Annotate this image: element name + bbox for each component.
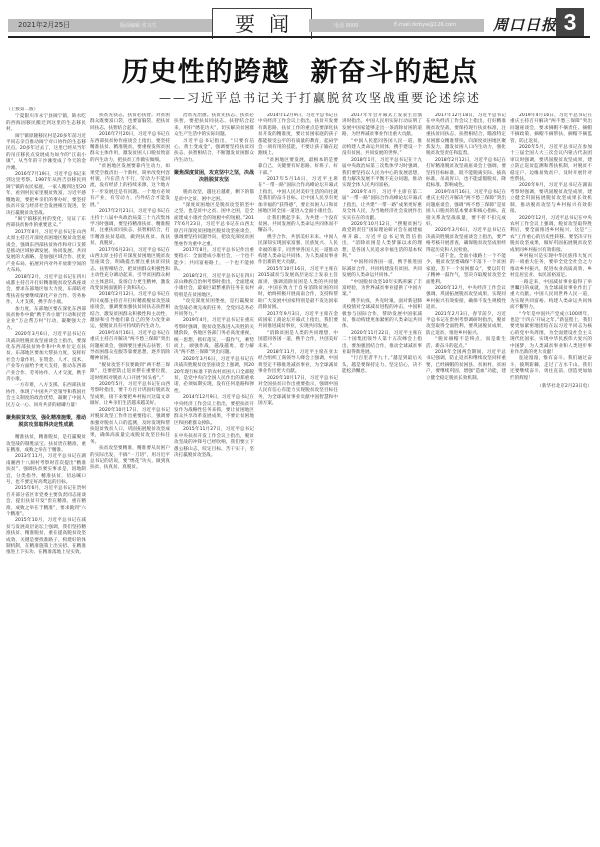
column-6: 2017年12月18日，习近平总书记在中央经济工作会议上指出，打好精准脱贫攻坚战… [426,113,506,847]
body-paragraph: 2020年10月17日，习近平总书记对脱贫攻坚工作作出重要指示，强调要加强对脱贫… [90,408,170,446]
body-paragraph: 乡村振兴是实现中华民族伟大复兴的一项重大任务，要举全党全社会之力推动乡村振兴，促… [510,254,592,280]
body-paragraph: （上接第二版） [6,107,86,113]
body-paragraph: 2015年11月27日，习近平总书记在中央扶贫开发工作会议上指出，脱贫攻坚战的冲… [174,427,254,459]
body-paragraph: 2014年12月9日，习近平总书记在中央经济工作会议上指出，扶贫开发要有新思路，… [258,113,338,158]
body-paragraph: 扶贫先扶志，扶贫必扶智。对贫困群众既要富口袋，也要富脑袋，把扶贫同扶志、扶智结合… [90,113,170,132]
body-paragraph: 2017年2月21日，习近平总书记在主持十八届中央政治局第三十九次集体学习时强调… [90,209,170,247]
column-3: 治贫先治愚。扶贫先扶志、扶贫必扶智，要把扶贫同扶志、扶智结合起来，用好“绣花功夫… [174,113,254,847]
body-paragraph: 一方有难，八方支援。东西部扶贫协作，体现了中国共产党领导和我国社会主义制度的政治… [6,383,86,409]
body-paragraph: 2018年2月，习近平总书记在四川成都主持召开打好精准脱贫攻坚战座谈会，要求东部… [6,275,86,307]
body-paragraph: 2013年11月，习近平总书记在湖南湘西十八洞村考察时首次提出“精准扶贫”，强调… [6,454,86,486]
body-paragraph: 扶贫攻坚要精准，精准要从贫困户的实际出发，不搞“一刀切”，用习近平总书记的话说，… [90,446,170,472]
contact-phone: 电话 0000 [334,22,358,29]
body-paragraph: 2017年8月，习近平总书记在山西太原主持召开深度贫困地区脱贫攻坚座谈会，强调东… [6,230,86,275]
body-paragraph: 加力度，东部地区要在深化东西部扶贫协作中做“携手奔小康”行动和民营企业“万企帮万… [6,307,86,333]
section-subheading: 聚焦脱贫攻坚，强化精准施策，推动脱贫攻坚取得决定性成就 [6,415,86,429]
body-paragraph: 宁夏银川市永宁县闽宁镇，缺水吃的西海固移民搬迁到这里的生态移民村。 [6,114,86,133]
body-paragraph: 2020年5月，习近平总书记在参加十三届全国人大三次会议内蒙古代表团审议时强调，… [510,145,592,183]
body-paragraph: “消除贫困是人类的共同理想，中国愿同各国一道，携手合作，共创美好未来。” [258,331,338,350]
body-paragraph: 2021年2月3日，春节前夕，习近平总书记在贵州考察调研时指出，脱贫攻坚取得全面… [426,312,506,338]
article-headline: 历史性的跨越 新奋斗的起点 [0,50,600,89]
body-paragraph: 携手抗疫，共克时艰。面对新冠肺炎疫情对全球减贫进程的冲击，中国积极参与国际合作，… [342,299,422,331]
body-paragraph: 2018年11月，习近平主席在亚太经合组织工商领导人峰会上强调，中国将坚定不移推… [258,350,338,376]
body-paragraph: 让我们携起手来，为共建一个没有贫困、共同发展的人类命运共同体而不懈奋斗。 [258,216,338,235]
body-paragraph: 2018年1月，习近平总书记在十九届中央政治局第三次集体学习时强调，我们要坚持以… [342,158,422,190]
body-paragraph: 征途漫漫，惟有奋斗。我们通过奋斗，披荆斩棘，走过了万水千山。我们还要继续奋斗，勇… [510,356,592,382]
column-7: 2019年4月16日，习近平总书记在重庆主持召开解决“两不愁三保障”突出问题座谈… [510,113,592,847]
body-paragraph: “贫困地区要发展，最根本的是要靠自己，关键要有好思路、好班子、好干部。” [258,158,338,177]
body-paragraph: 2016年7月19日，习近平总书记来到这里考察。1997年从西吉县移民到闽宁镇的… [6,172,86,217]
body-paragraph: 2017年5月14日，习近平主席在“一带一路”国际合作高峰论坛开幕式上指出，中国… [258,177,338,215]
body-paragraph: “脱贫摘帽不是终点，而是新生活、新奋斗的起点。” [426,337,506,350]
body-paragraph: 习近平总书记指出，“只要有信心，黄土变成金”，强调要坚持扶贫同扶志、扶智相结合，… [174,139,254,165]
section-subheading: 聚焦深度贫困，攻克坚中之坚，决战决胜脱贫攻坚 [174,170,254,184]
body-paragraph: 2015年10月，习近平总书记在减贫与发展高层论坛上强调，我们坚持精准扶贫、精准… [6,518,86,556]
body-paragraph: 携手合作，共创美好未来。中国人民深知实现国家富强、民族复兴、人民幸福的艰辛，同世… [258,235,338,267]
body-paragraph: 治贫先治愚。扶贫先扶志、扶贫必扶智，要把扶贫同扶志、扶智结合起来，用好“绣花功夫… [174,113,254,139]
body-paragraph: 2018年2月，习近平总书记在四川凉山彝族自治州考察时指出，全面建成小康社会，最… [174,274,254,300]
body-paragraph: 2019年4月，习近平主席在第二届“一带一路”国际合作高峰论坛开幕式上指出，让共… [342,190,422,222]
body-paragraph: “深度贫困地区是脱贫攻坚的坚中之坚，也是贫中之贫、困中之困，是全面建成小康社会的… [174,203,254,248]
body-paragraph: 脱贫攻坚，越往后越难，剩下的都是贫中之贫、困中之困。 [174,190,254,203]
masthead-rule [8,36,590,38]
body-paragraph: “脱贫攻坚不仅要做到“两不愁三保障”，还要把防止返贫摆在重要位置，适时组织对脱贫… [90,363,170,382]
body-paragraph: “攻克深度贫困堡垒，是打赢脱贫攻坚战必须完成的任务，全党同志务必共同努力。” [174,299,254,318]
masthead-left-bar: 2021年2月25日 版面编辑 实习生 [8,19,213,32]
body-paragraph: 2015年10月16日，习近平主席在2015减贫与发展高层论坛上发表主旨演讲，强… [258,267,338,312]
body-paragraph: “中国人民愿同各国人民一道，推动构建人类命运共同体，携手建设一个没有贫困、共同发… [342,139,422,158]
body-paragraph: 2017年9月3日，习近平主席在金砖国家工商论坛开幕式上指出，我们要共同推进减贫… [258,312,338,331]
newspaper-logo: 周口日报 [493,14,557,35]
body-paragraph: 2017年12月18日，习近平总书记在中央经济工作会议上指出，打好精准脱贫攻坚战… [426,113,506,158]
contact-email: E-mail:zkrbyw@126.com [394,22,456,28]
body-paragraph: “行百里者半九十。”越是到最后关头，越是要保持定力、坚定信心，决不能松劲懈怠。 [342,356,422,375]
body-paragraph: 一路走来，中国减贫事业取得了举世瞩目的成就，为全球减贫事业作出了重大贡献。中国人… [510,280,592,312]
body-paragraph: 2020年3月6日，习近平总书记在决战决胜脱贫攻坚座谈会上强调，到2020年现行… [174,357,254,395]
body-paragraph: 2019年4月，习近平总书记在重庆考察时强调，脱贫攻坚战进入决胜的关键阶段，各地… [174,318,254,356]
body-paragraph: 闽宁镇原隆移民村是20多年前习近平同志亲自推动闽宁对口协作的生态移民点。20多年… [6,134,86,172]
body-paragraph: “中国将同各国一道，携手推进国际减贫合作，共同构建没有贫困、共同发展的人类命运共… [342,260,422,279]
body-paragraph: 2020年5月，习近平总书记在山西考察时指出，要千方百计巩固好脱贫攻坚成果，接下… [90,382,170,408]
body-paragraph: 2019年4月16日，习近平总书记在重庆主持召开解决“两不愁三保障”突出问题座谈… [510,113,592,145]
column-4: 2014年12月9日，习近平总书记在中央经济工作会议上指出，扶贫开发要有新思路，… [258,113,338,847]
body-paragraph: 2019年全国两会期间，习近平总书记强调，防止返贫和继续攻坚同样重要，已经摘帽的… [426,350,506,382]
dateline-signoff: （新华社北京2月23日电） [510,384,592,390]
article-subtitle: ——习近平总书记关于打赢脱贫攻坚战重要论述综述 [120,89,520,106]
body-paragraph: 2019年4月16日，习近平总书记在重庆主持召开解决“两不愁三保障”突出问题座谈… [426,190,506,228]
body-paragraph: 2015年6月，习近平总书记在贵州召开部分省区市党委主要负责同志座谈会，提出扶贫… [6,486,86,518]
column-2: 扶贫先扶志，扶贫必扶智。对贫困群众既要富口袋，也要富脑袋，把扶贫同扶志、扶智结合… [90,113,170,847]
body-paragraph: 2020年12月，习近平总书记在中央农村工作会议上强调，脱贫攻坚取得胜利后，要全… [510,216,592,254]
page-number: 3 [556,8,584,36]
body-paragraph: 2019年4月16日，习近平总书记在重庆主持召开解决“两不愁三保障”突出问题座谈… [90,331,170,363]
body-paragraph: 2020年9月，习近平总书记在湖南考察时强调，要巩固脱贫攻坚成果，建立健全巩固拓… [510,183,592,215]
body-paragraph: “中国脱贫攻坚10年实践积累了丰富经验，为世界减贫事业提供了中国方案。” [342,280,422,299]
body-paragraph: 2017年年会开幕式上发表主旨演讲时指出，中国人民用实际行动证明了发展中国家能够… [342,113,422,139]
body-paragraph: “闽宁镇移民村的变化，见证了东西部扶贫协作的重要意义。” [6,217,86,230]
body-paragraph: 2020年12月，中央经济工作会议强调，巩固拓展脱贫攻坚成果，实现同乡村振兴有效… [426,286,506,312]
body-paragraph: 2014年12月9日，习近平总书记在中央经济工作会议上指出，要把扶贫开发作为战略… [174,395,254,427]
body-paragraph: 2018年2月12日，习近平总书记在打好精准脱贫攻坚战座谈会上强调，要坚持目标标… [426,158,506,190]
section-label-box: 要闻 [212,8,312,39]
body-paragraph: 2017年8月，习近平总书记作出重要指示：全面建成小康社会，一个也不能少；共同富… [174,248,254,274]
body-paragraph: 2018年2月12日，习近平总书记在四川成都主持召开打好精准脱贫攻坚战座谈会，强… [90,292,170,330]
body-paragraph: 一诺千金。全面小康路上一个不能少，脱贫攻坚要确保“不落下一个贫困家庭，丢下一个贫… [426,254,506,286]
body-paragraph: 2020年3月6日，习近平总书记在决战决胜脱贫攻坚座谈会上指出，要深化东西部扶贫… [6,332,86,383]
body-paragraph: “贫困地区发展要靠内生动力，如果凭空救济出一个新村，简单改变村容村貌，内在活力不… [90,164,170,209]
editor-credit: 版面编辑 实习生 [120,22,157,29]
masthead-right-bar: 电话 0000 E-mail:zkrbyw@126.com [309,19,484,32]
body-paragraph: 2016年7月20日，习近平总书记在东西部扶贫协作座谈会上指出，要坚持精准扶贫、… [90,132,170,164]
body-paragraph: 精准扶贫，精准脱贫，是打赢脱贫攻坚战的制胜法宝。扶贫贵在精准，重在精准，成败之举… [6,435,86,454]
body-paragraph: 2020年11月22日，习近平主席在二十国集团领导人第十五次峰会上指出，要加强团… [342,331,422,357]
issue-date: 2021年2月25日 [18,20,70,30]
body-paragraph: “今年是中国共产党成立100周年，也是‘十四五’开局之年。”新征程上，我们要更加… [510,312,592,357]
body-paragraph: 2017年6月23日，习近平总书记在山西太原主持召开深度贫困地区脱贫攻坚座谈会，… [90,248,170,293]
body-paragraph: 2020年3月6日，习近平总书记在决战决胜脱贫攻坚座谈会上指出，要严格考核开展普… [426,228,506,254]
body-paragraph: 2020年10月17日，习近平总书记对全国扶贫日作出重要指示，强调中国人民有信心… [258,376,338,408]
column-5: 2017年年会开幕式上发表主旨演讲时指出，中国人民用实际行动证明了发展中国家能够… [342,113,422,847]
body-paragraph: 2020年10月12日，“摆脱贫困与政党的责任”国际理论研讨会在福建福州开幕。习… [342,222,422,260]
masthead: 2021年2月25日 版面编辑 实习生 要闻 电话 0000 E-mail:zk… [0,0,600,40]
column-1: （上接第二版）宁夏银川市永宁县闽宁镇，缺水吃的西海固移民搬迁到这里的生态移民村。… [6,107,86,843]
section-label: 要闻 [213,9,311,39]
